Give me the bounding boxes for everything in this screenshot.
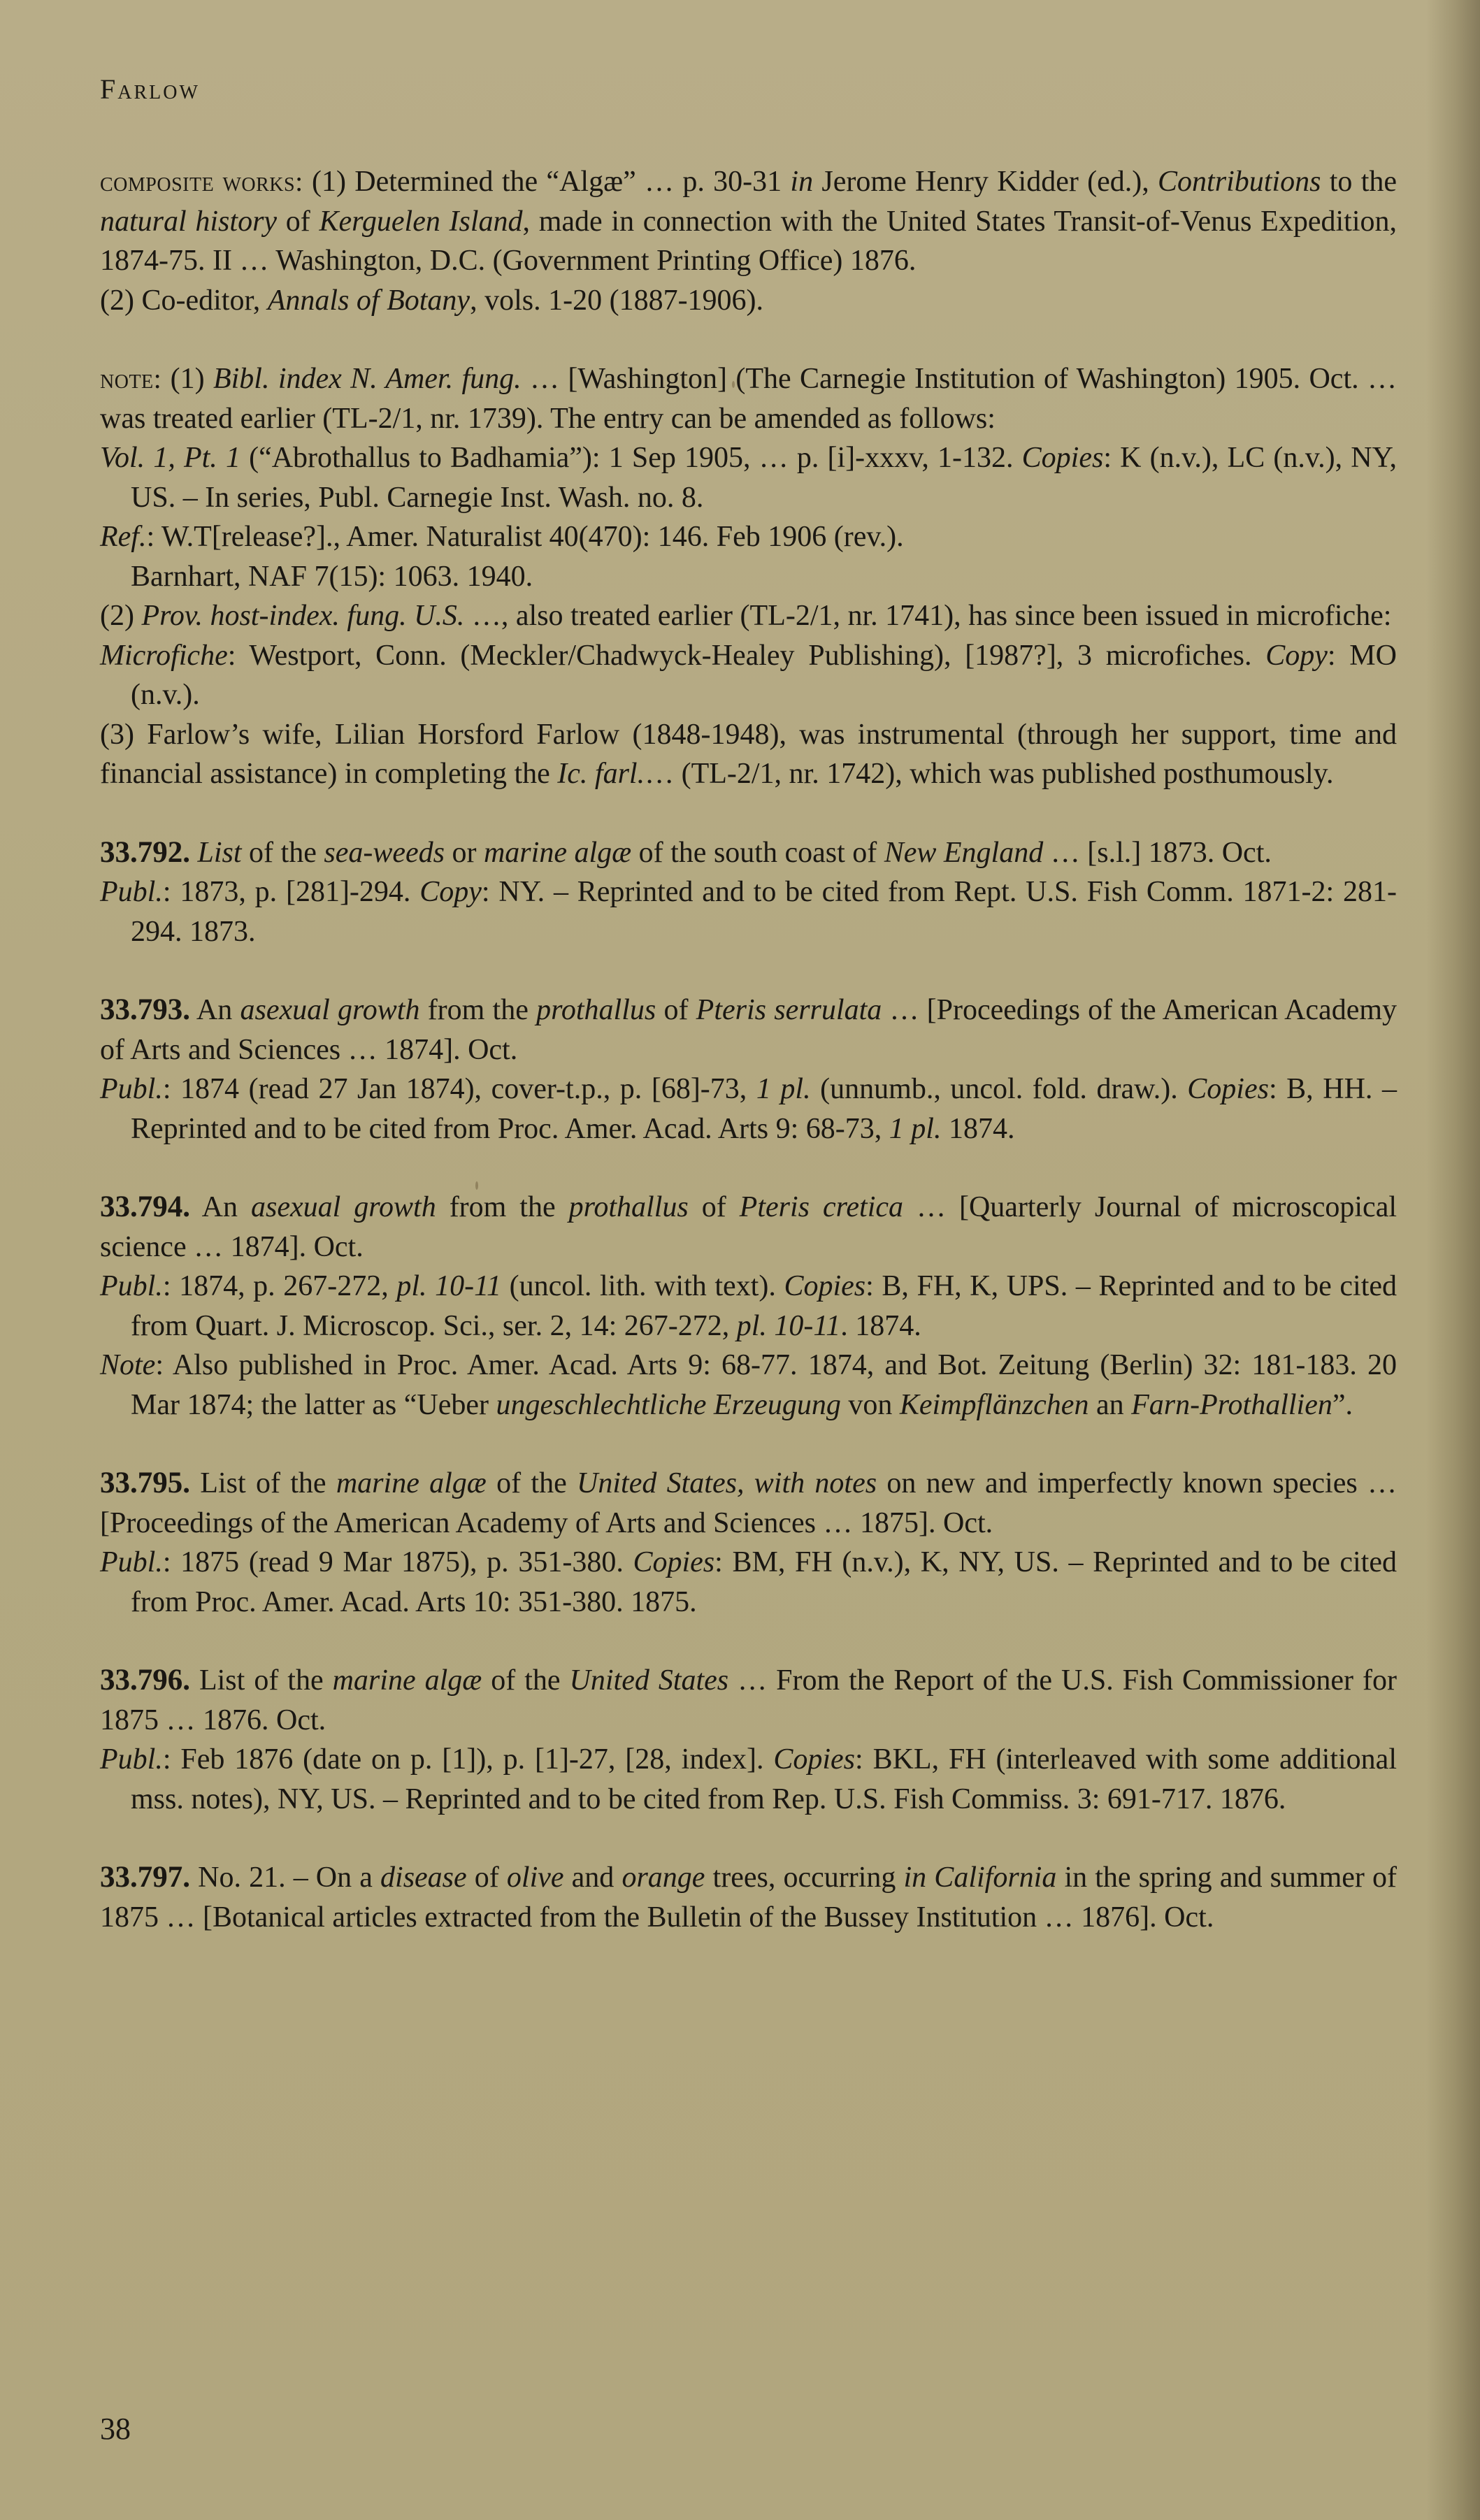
- entry-title-run: Pteris cretica: [740, 1191, 903, 1223]
- entry-title: 33.792. List of the sea-weeds or marine …: [100, 833, 1397, 873]
- entry-title: 33.797. No. 21. – On a disease of olive …: [100, 1858, 1397, 1937]
- entry-title-run: An: [190, 1191, 251, 1223]
- entry-title-run: asexual growth: [251, 1191, 436, 1223]
- entry-33-796: 33.796. List of the marine algæ of the U…: [100, 1661, 1397, 1819]
- note-microfiche-line: Microfiche: Westport, Conn. (Meckler/Cha…: [100, 636, 1397, 715]
- composite-works-paragraph-1: composite works: (1) Determined the “Alg…: [100, 162, 1397, 281]
- entry-33-795: 33.795. List of the marine algæ of the U…: [100, 1464, 1397, 1622]
- entry-title-run: List: [198, 837, 242, 869]
- entry-title-run: of the south coast of: [631, 837, 884, 869]
- entry-title: 33.794. An asexual growth from the proth…: [100, 1188, 1397, 1267]
- entry-note: Note: Also published in Proc. Amer. Acad…: [100, 1346, 1397, 1425]
- entry-title-run: trees, occurring: [705, 1862, 903, 1894]
- entry-publication: Publ.: 1873, p. [281]-294. Copy: NY. – R…: [100, 872, 1397, 951]
- entry-title-run: [190, 837, 198, 869]
- entry-title-run: United States: [570, 1664, 729, 1697]
- entry-title-run: disease: [380, 1862, 467, 1894]
- entry-number: 33.793.: [100, 993, 190, 1026]
- entry-number: 33.795.: [100, 1467, 190, 1499]
- entry-publication: Publ.: 1874, p. 267-272, pl. 10-11 (unco…: [100, 1267, 1397, 1346]
- note-paragraph-1: note: (1) Bibl. index N. Amer. fung. … […: [100, 359, 1397, 438]
- entry-title-run: United States, with notes: [577, 1467, 877, 1499]
- note-paragraph-2: (2) Prov. host-index. fung. U.S. …, also…: [100, 596, 1397, 636]
- entry-title-run: of the: [482, 1664, 569, 1697]
- entry-title-run: and: [564, 1862, 622, 1894]
- entry-title-run: List of the: [190, 1467, 336, 1499]
- running-head: Farlow: [100, 75, 200, 103]
- scan-speck: [732, 381, 735, 388]
- scan-speck: [475, 1181, 478, 1190]
- entry-publication: Publ.: Feb 1876 (date on p. [1]), p. [1]…: [100, 1740, 1397, 1819]
- entry-title-run: prothallus: [536, 994, 656, 1026]
- entry-title-run: from the: [419, 994, 536, 1026]
- entry-title-run: in California: [904, 1862, 1057, 1894]
- entry-title-run: No. 21. – On a: [190, 1862, 380, 1894]
- entry-title-run: from the: [436, 1191, 569, 1223]
- entry-title-run: Pteris serrulata: [696, 994, 882, 1026]
- entry-title-run: sea-weeds: [324, 837, 445, 869]
- entry-title-run: List of the: [190, 1664, 333, 1697]
- entry-title-run: olive: [507, 1862, 564, 1894]
- entry-title-run: prothallus: [569, 1191, 689, 1223]
- note-paragraph-3: (3) Farlow’s wife, Lilian Horsford Farlo…: [100, 715, 1397, 794]
- entry-title-run: or: [445, 837, 484, 869]
- note-label: note:: [100, 363, 161, 394]
- entry-33-794: 33.794. An asexual growth from the proth…: [100, 1188, 1397, 1425]
- note-volume-line: Vol. 1, Pt. 1 (“Abrothallus to Badhamia”…: [100, 438, 1397, 517]
- entry-33-792: 33.792. List of the sea-weeds or marine …: [100, 833, 1397, 952]
- entry-title: 33.796. List of the marine algæ of the U…: [100, 1661, 1397, 1740]
- entry-title-run: of the: [242, 837, 324, 869]
- page-number: 38: [100, 2414, 131, 2445]
- entry-title-run: of: [656, 994, 696, 1026]
- entry-number: 33.794.: [100, 1190, 190, 1223]
- composite-works-label: composite works:: [100, 166, 303, 197]
- entry-number: 33.796.: [100, 1664, 190, 1697]
- entry-publication: Publ.: 1874 (read 27 Jan 1874), cover-t.…: [100, 1070, 1397, 1149]
- entry-title-run: An: [190, 994, 240, 1026]
- note-ref-line: Ref.: W.T[release?]., Amer. Naturalist 4…: [100, 517, 1397, 596]
- entry-title-run: of: [689, 1191, 740, 1223]
- entry-title-run: of the: [487, 1467, 577, 1499]
- entry-number: 33.792.: [100, 836, 190, 869]
- entry-title-run: New England: [884, 837, 1044, 869]
- entry-title: 33.795. List of the marine algæ of the U…: [100, 1464, 1397, 1543]
- entry-number: 33.797.: [100, 1861, 190, 1894]
- entry-title-run: marine algæ: [333, 1664, 482, 1697]
- entry-publication: Publ.: 1875 (read 9 Mar 1875), p. 351-38…: [100, 1543, 1397, 1622]
- entry-title-run: … [s.l.] 1873. Oct.: [1043, 837, 1272, 869]
- entry-33-793: 33.793. An asexual growth from the proth…: [100, 991, 1397, 1149]
- composite-works-paragraph-2: (2) Co-editor, Annals of Botany, vols. 1…: [100, 281, 1397, 321]
- entry-title-run: orange: [622, 1862, 705, 1894]
- entry-title-run: marine algæ: [336, 1467, 487, 1499]
- entry-title-run: of: [467, 1862, 507, 1894]
- entry-title-run: asexual growth: [240, 994, 419, 1026]
- entry-title: 33.793. An asexual growth from the proth…: [100, 991, 1397, 1070]
- entry-title-run: marine algæ: [484, 837, 631, 869]
- page-body: composite works: (1) Determined the “Alg…: [100, 162, 1397, 1937]
- entry-33-797: 33.797. No. 21. – On a disease of olive …: [100, 1858, 1397, 1937]
